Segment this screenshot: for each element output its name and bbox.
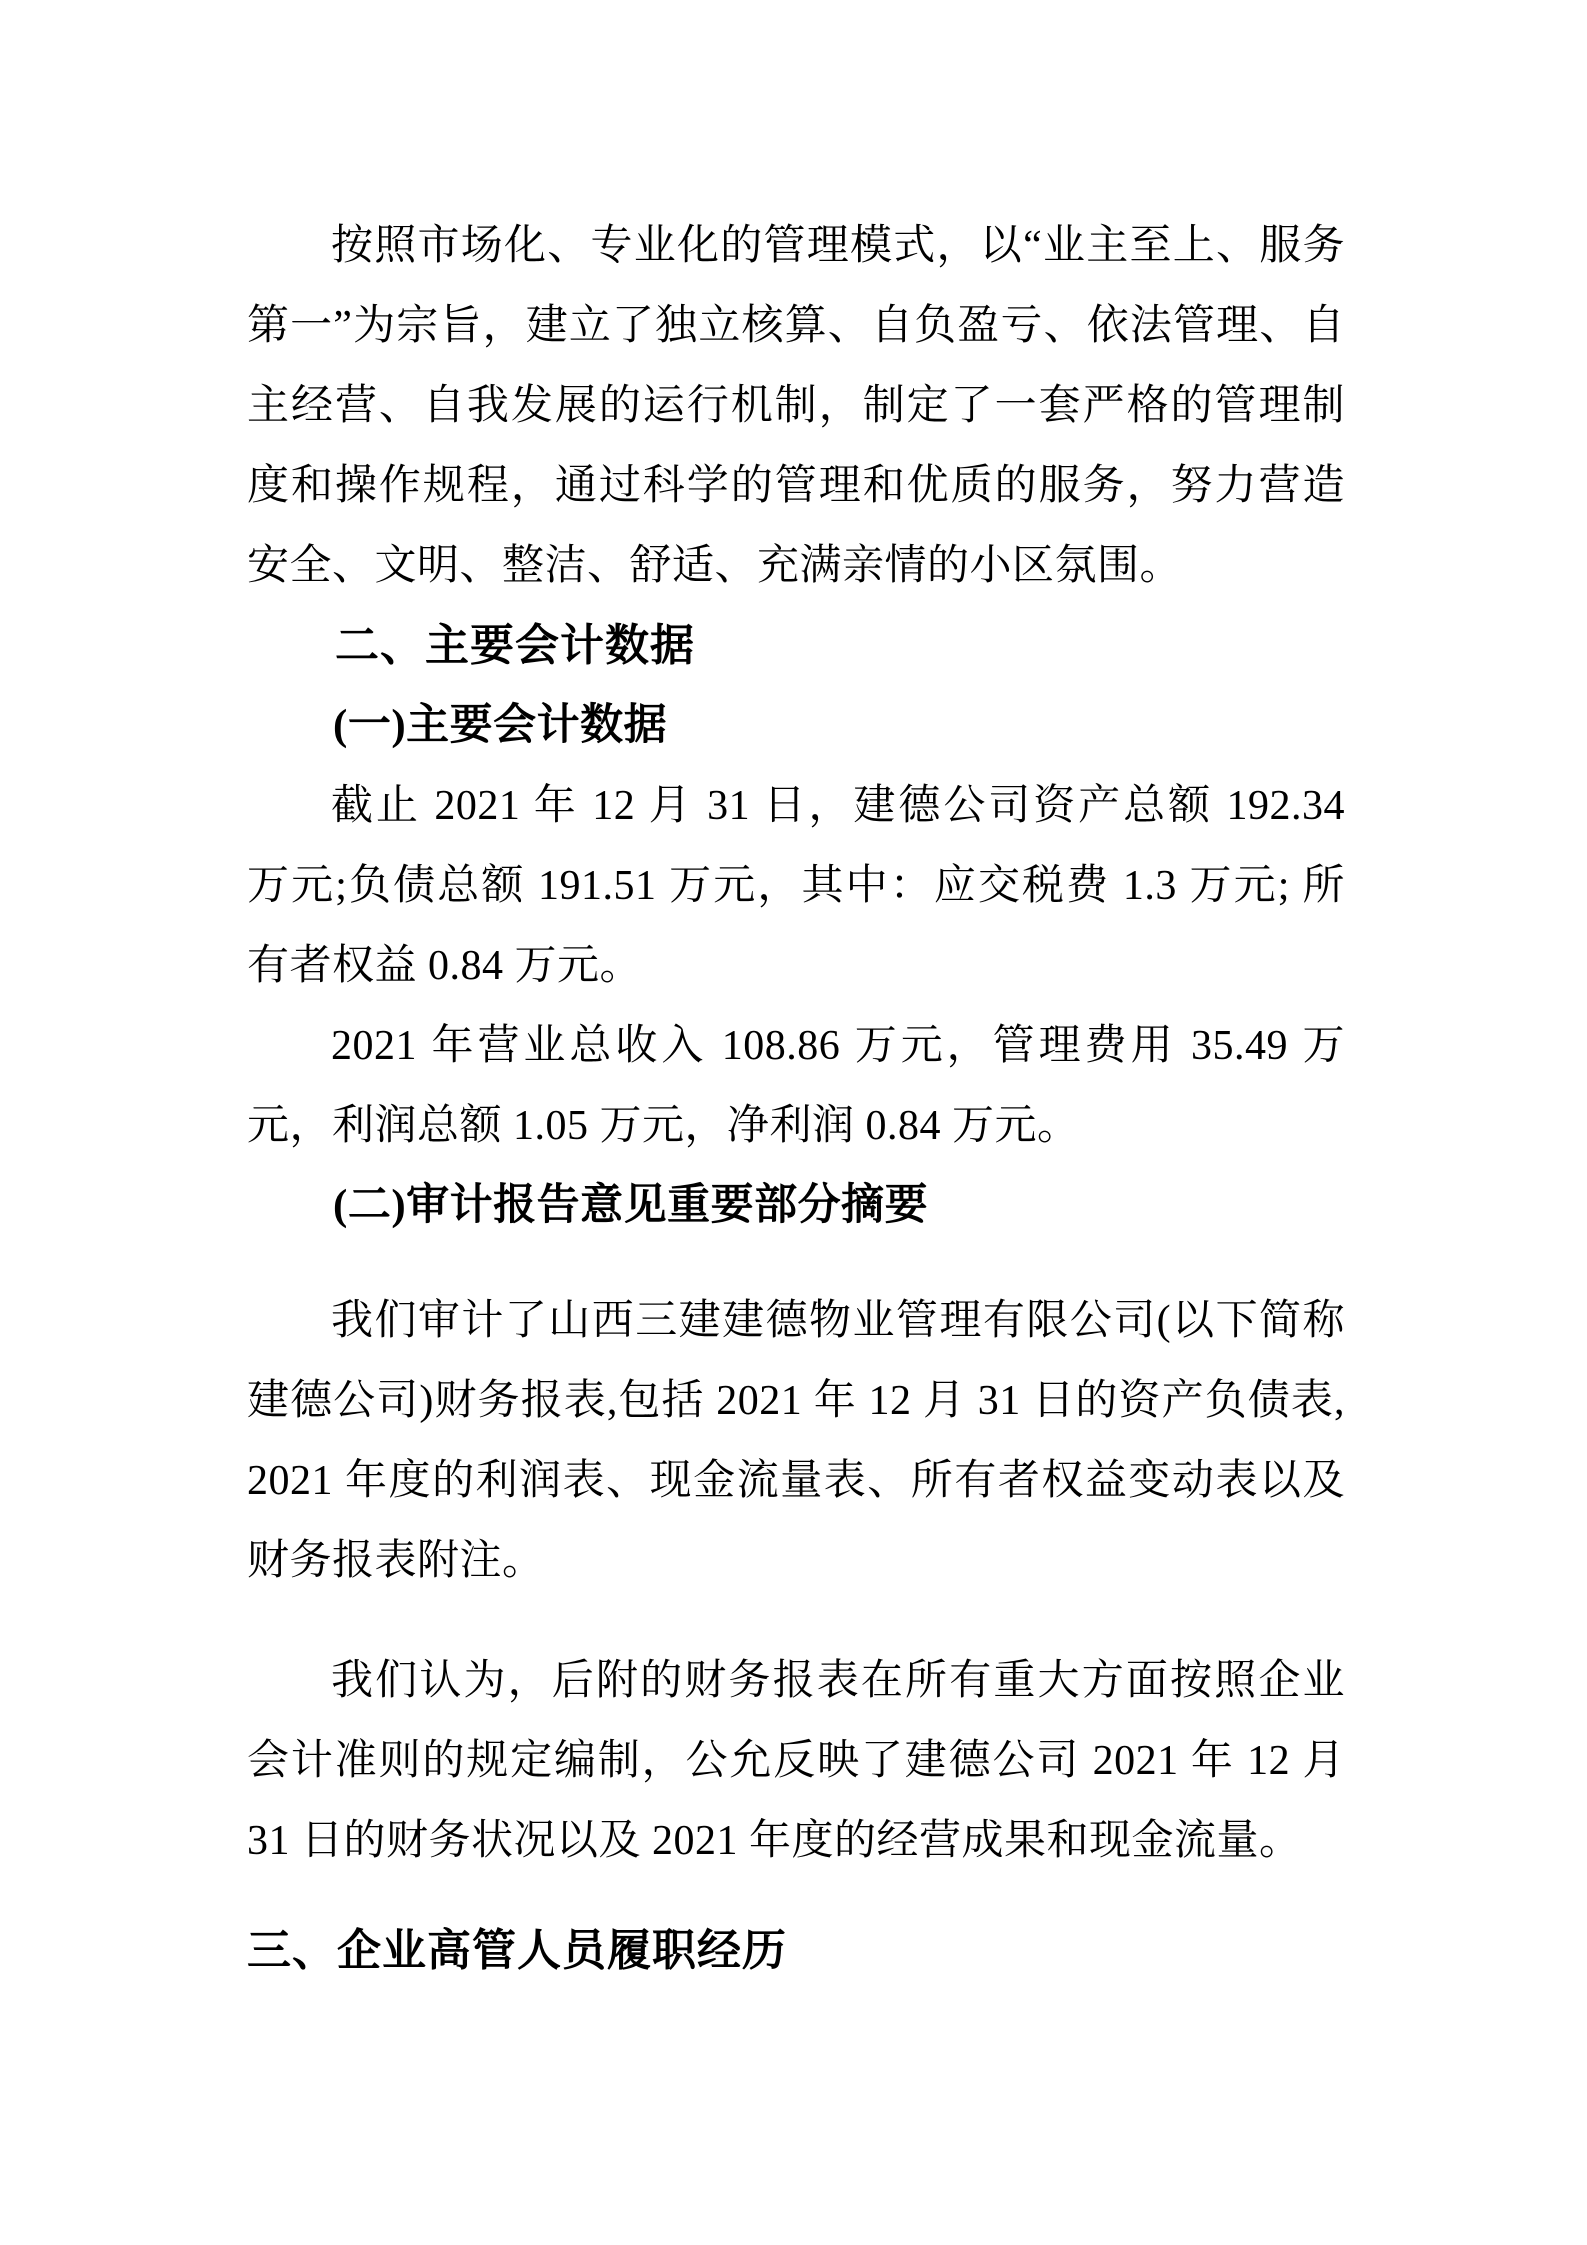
- paragraph-audit-scope: 我们审计了山西三建建德物业管理有限公司(以下简称建德公司)财务报表,包括 202…: [247, 1281, 1345, 1601]
- paragraph-audit-opinion: 我们认为，后附的财务报表在所有重大方面按照企业会计准则的规定编制，公允反映了建德…: [247, 1641, 1345, 1881]
- document-page: 按照市场化、专业化的管理模式，以“业主至上、服务第一”为宗旨，建立了独立核算、自…: [0, 0, 1587, 2245]
- paragraph-revenue-profit: 2021 年营业总收入 108.86 万元，管理费用 35.49 万元，利润总额…: [247, 1006, 1345, 1166]
- heading-section-two-accounting-data: 二、主要会计数据: [247, 606, 1345, 686]
- paragraph-operating-mechanism: 按照市场化、专业化的管理模式，以“业主至上、服务第一”为宗旨，建立了独立核算、自…: [247, 206, 1345, 606]
- subheading-main-accounting-data: (一)主要会计数据: [247, 686, 1345, 766]
- paragraph-assets-liabilities: 截止 2021 年 12 月 31 日，建德公司资产总额 192.34 万元;负…: [247, 766, 1345, 1006]
- heading-section-three-executives: 三、企业高管人员履职经历: [247, 1911, 1345, 1991]
- subheading-audit-report-summary: (二)审计报告意见重要部分摘要: [247, 1166, 1345, 1246]
